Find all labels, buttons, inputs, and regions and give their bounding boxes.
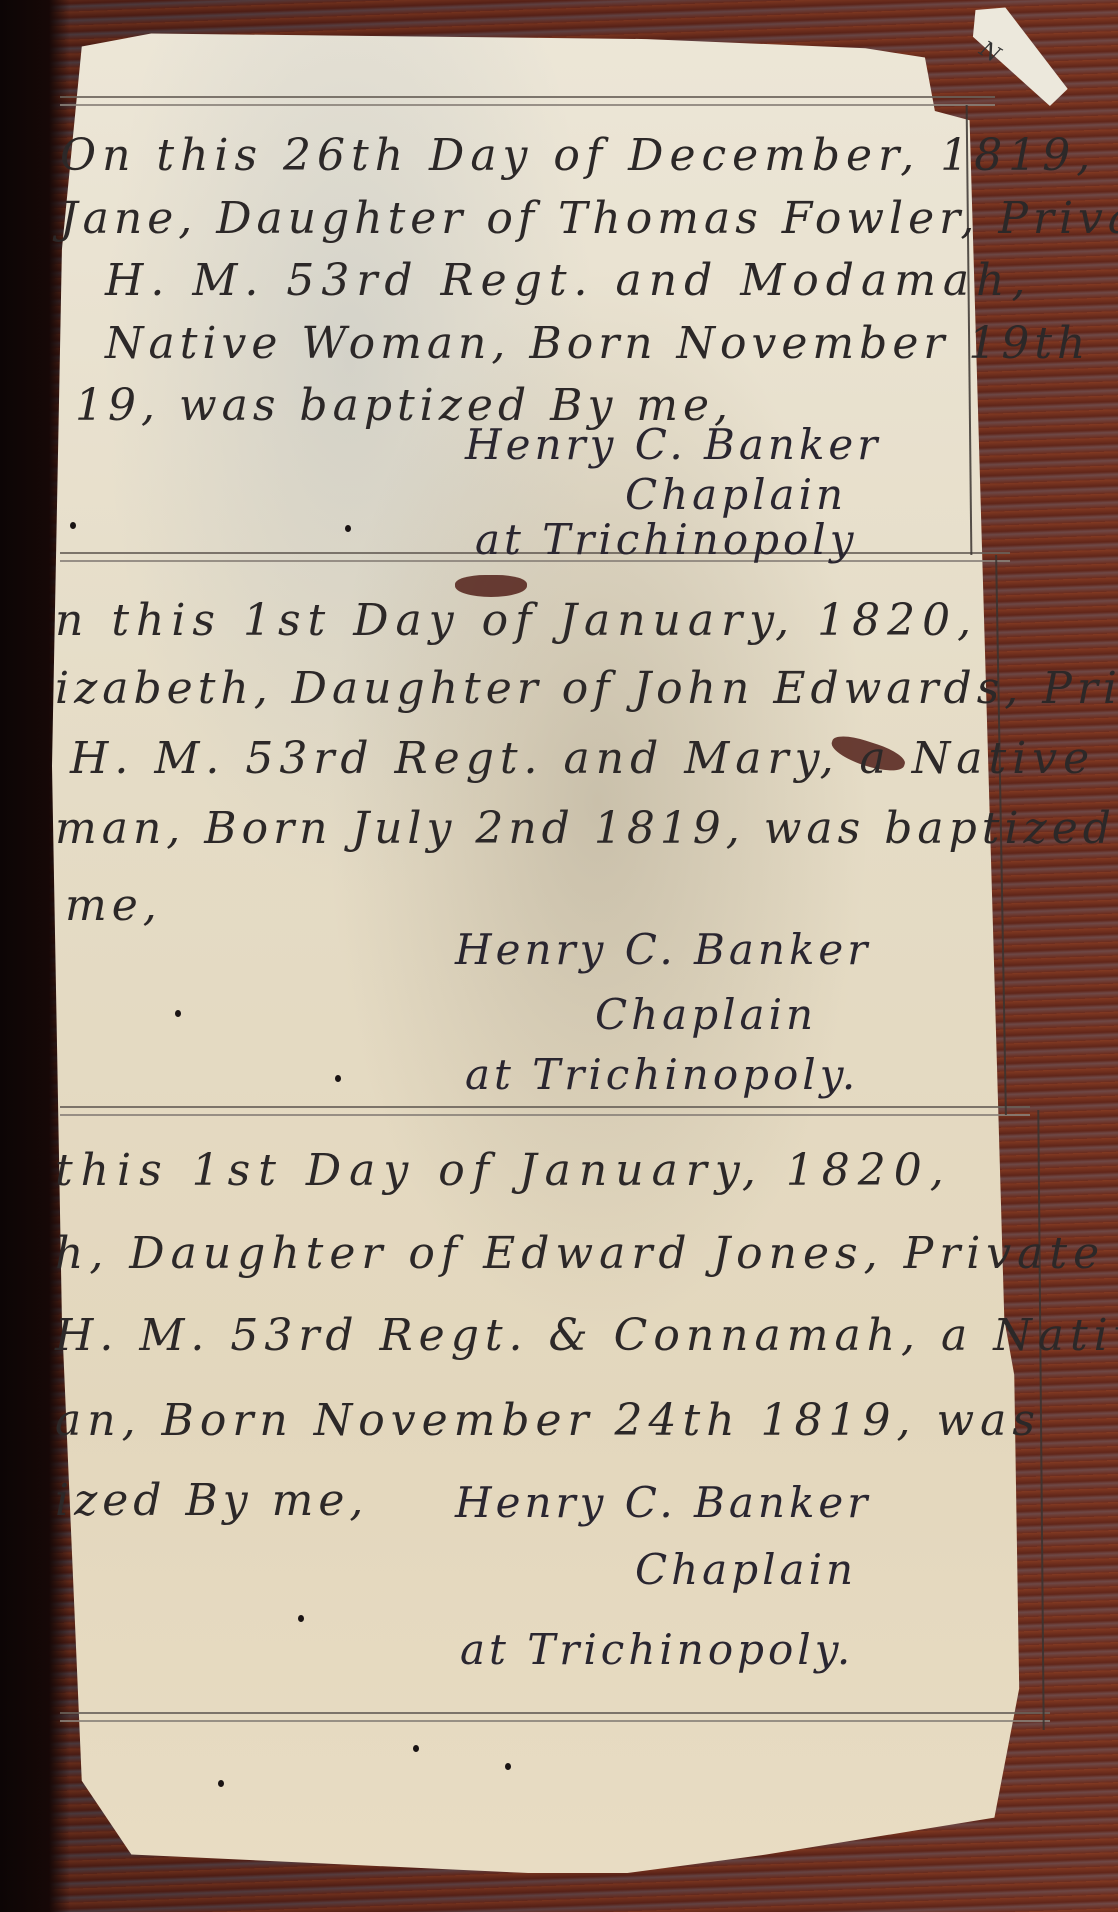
ink-dot	[298, 1615, 304, 1622]
ink-dot	[413, 1745, 419, 1752]
signature-place: at Trichinopoly.	[460, 1625, 854, 1674]
signature-title: Chaplain	[595, 990, 817, 1039]
ink-dot	[505, 1763, 511, 1770]
entry-line: H. M. 53rd Regt. and Modamah,	[105, 255, 1032, 306]
signature-name: Henry C. Banker	[465, 420, 881, 469]
ink-dot	[335, 1075, 341, 1082]
entry-line: izabeth, Daughter of John Edwards, Priva…	[55, 663, 1118, 714]
ruled-line-top	[60, 96, 995, 106]
signature-title: Chaplain	[635, 1545, 857, 1594]
entry-line: an, Born November 24th 1819, was	[55, 1395, 1041, 1446]
torn-corner-fragment	[953, 0, 1087, 109]
ink-dot	[175, 1010, 181, 1017]
entry-line: H. M. 53rd Regt. & Connamah, a Native	[55, 1310, 1118, 1361]
ink-dot	[218, 1780, 224, 1787]
entry-line: h, Daughter of Edward Jones, Private	[55, 1228, 1105, 1279]
signature-place: at Trichinopoly.	[465, 1050, 859, 1099]
entry-line: H. M. 53rd Regt. and Mary, a Native	[70, 733, 1095, 784]
signature-place: at Trichinopoly	[475, 515, 857, 564]
signature-title: Chaplain	[625, 470, 847, 519]
wax-blot	[455, 575, 527, 597]
entry-line: On this 26th Day of December, 1819,	[60, 130, 1096, 181]
entry-line: man, Born July 2nd 1819, was baptized	[55, 803, 1116, 854]
entry-line: Native Woman, Born November 19th	[105, 318, 1090, 369]
ink-dot	[70, 522, 76, 529]
entry-line: Jane, Daughter of Thomas Fowler, Private	[60, 193, 1118, 244]
entry-line: n this 1st Day of January, 1820,	[55, 595, 978, 646]
ruled-line-2	[60, 1106, 1030, 1116]
entry-line: this 1st Day of January, 1820,	[55, 1145, 952, 1196]
entry-line: me,	[65, 880, 162, 931]
ink-dot	[345, 525, 351, 532]
entry-line: ized By me,	[55, 1475, 368, 1526]
signature-name: Henry C. Banker	[455, 1478, 871, 1527]
signature-name: Henry C. Banker	[455, 925, 871, 974]
ruled-line-3	[60, 1712, 1050, 1722]
